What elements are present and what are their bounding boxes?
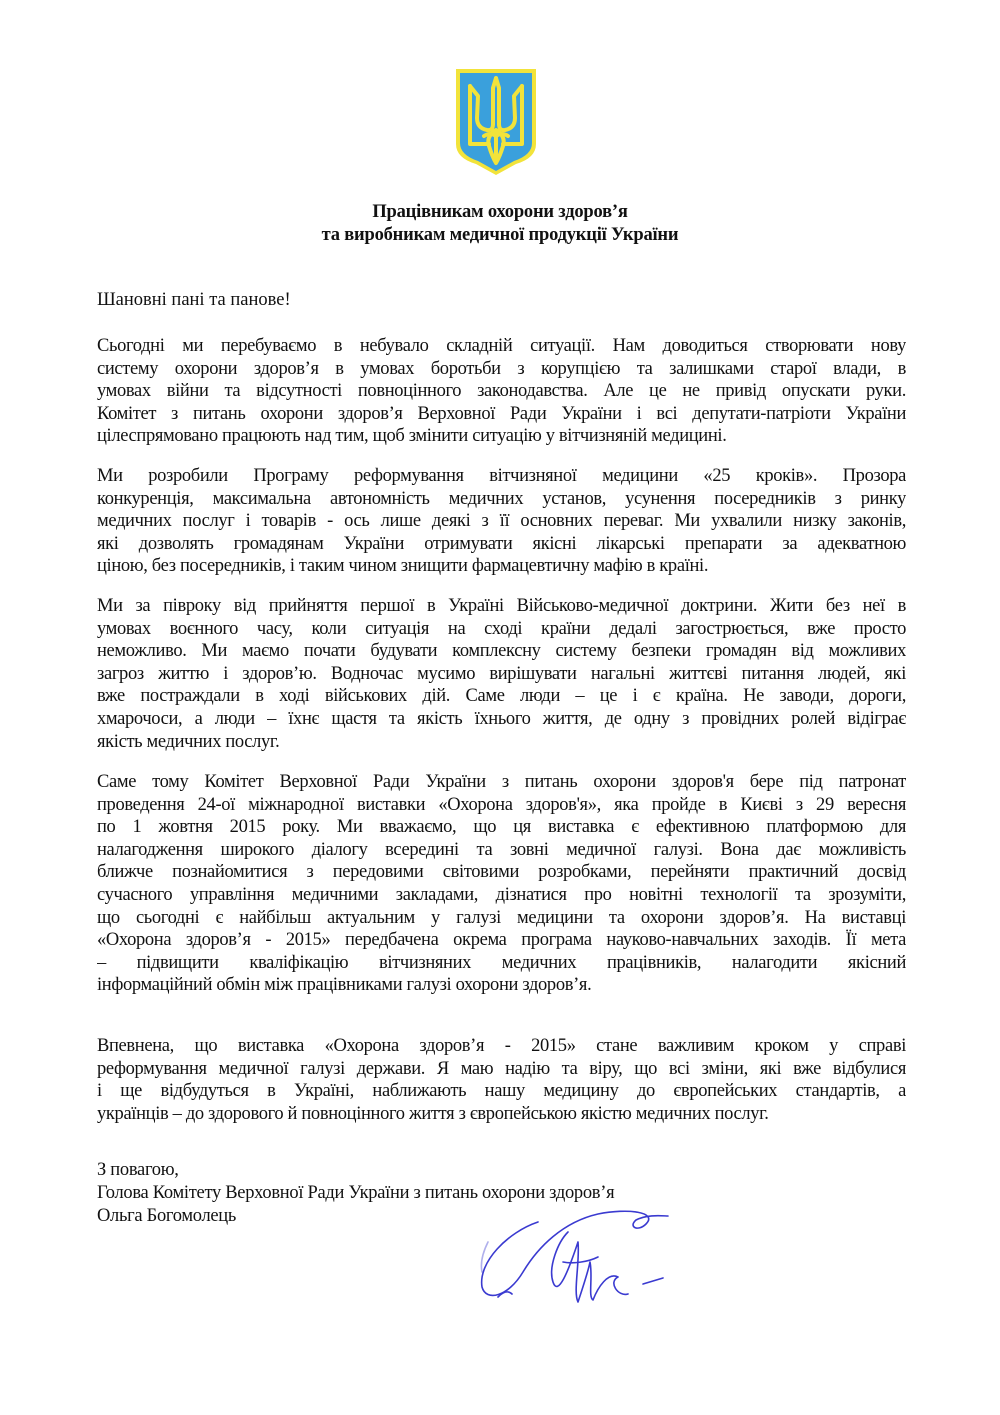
paragraph-1: Сьогодні ми перебуваємо в небувало склад… (97, 335, 906, 448)
letter-title: Працівникам охорони здоров’я та виробник… (0, 201, 1000, 247)
text-line: сучасного управління медичними закладами… (97, 884, 906, 907)
letter-page: Працівникам охорони здоров’я та виробник… (0, 0, 1000, 1415)
text-line: Ми за півроку від прийняття першої в Укр… (97, 595, 906, 618)
text-line: реформування медичної галузі держави. Я … (97, 1058, 906, 1081)
text-line: хмарочоси, а люди – їхнє щастя та якість… (97, 708, 906, 731)
handwritten-signature-icon (468, 1202, 688, 1312)
ukraine-coat-of-arms-icon (453, 66, 539, 178)
text-line: проведення 24-ої міжнародної виставки «О… (97, 794, 906, 817)
text-line: загроз життю і здоров’ю. Водночас мусимо… (97, 663, 906, 686)
paragraph-4: Саме тому Комітет Верховної Ради України… (97, 771, 906, 997)
paragraph-2: Ми розробили Програму реформування вітчи… (97, 465, 906, 578)
text-line: Сьогодні ми перебуваємо в небувало склад… (97, 335, 906, 358)
text-line: інформаційний обмін між працівниками гал… (97, 974, 906, 997)
text-line: умовах воєнного часу, коли ситуація на с… (97, 618, 906, 641)
paragraph-3: Ми за півроку від прийняття першої в Укр… (97, 595, 906, 753)
text-line: налагодження широкого діалогу всередині … (97, 839, 906, 862)
text-line: українців – до здорового й повноцінного … (97, 1103, 906, 1126)
text-line: цілеспрямовано працюють над тим, щоб змі… (97, 425, 906, 448)
text-line: вже постраждали в ході військових дій. С… (97, 685, 906, 708)
text-line: які дозволять громадянам України отримув… (97, 533, 906, 556)
text-line: систему охорони здоров’я в умовах бороть… (97, 358, 906, 381)
title-line-2: та виробникам медичної продукції України (0, 224, 1000, 247)
text-line: Комітет з питань охорони здоров’я Верхов… (97, 403, 906, 426)
text-line: умовах війни та відсутності повноцінного… (97, 380, 906, 403)
text-line: по 1 жовтня 2015 року. Ми вважаємо, що ц… (97, 816, 906, 839)
text-line: неможливо. Ми маємо почати будувати комп… (97, 640, 906, 663)
text-line: Впевнена, що виставка «Охорона здоров’я … (97, 1035, 906, 1058)
paragraph-5: Впевнена, що виставка «Охорона здоров’я … (97, 1035, 906, 1125)
text-line: Ми розробили Програму реформування вітчи… (97, 465, 906, 488)
text-line: Саме тому Комітет Верховної Ради України… (97, 771, 906, 794)
text-line: ціною, без посередників, і таким чином з… (97, 555, 906, 578)
title-line-1: Працівникам охорони здоров’я (0, 201, 1000, 224)
text-line: – підвищити кваліфікацію вітчизняних мед… (97, 952, 906, 975)
text-line: якість медичних послуг. (97, 731, 906, 754)
greeting: Шановні пані та панове! (97, 289, 291, 312)
closing-regards: З повагою, (97, 1159, 614, 1182)
text-line: що сьогодні є найбільш актуальним у галу… (97, 907, 906, 930)
text-line: і ще відбудуться в Україні, наближають н… (97, 1080, 906, 1103)
text-line: ближче познайомитися з передовими світов… (97, 861, 906, 884)
text-line: «Охорона здоров’я - 2015» передбачена ок… (97, 929, 906, 952)
text-line: медичних послуг і товарів - ось лише дея… (97, 510, 906, 533)
text-line: конкуренція, максимальна автономність ме… (97, 488, 906, 511)
